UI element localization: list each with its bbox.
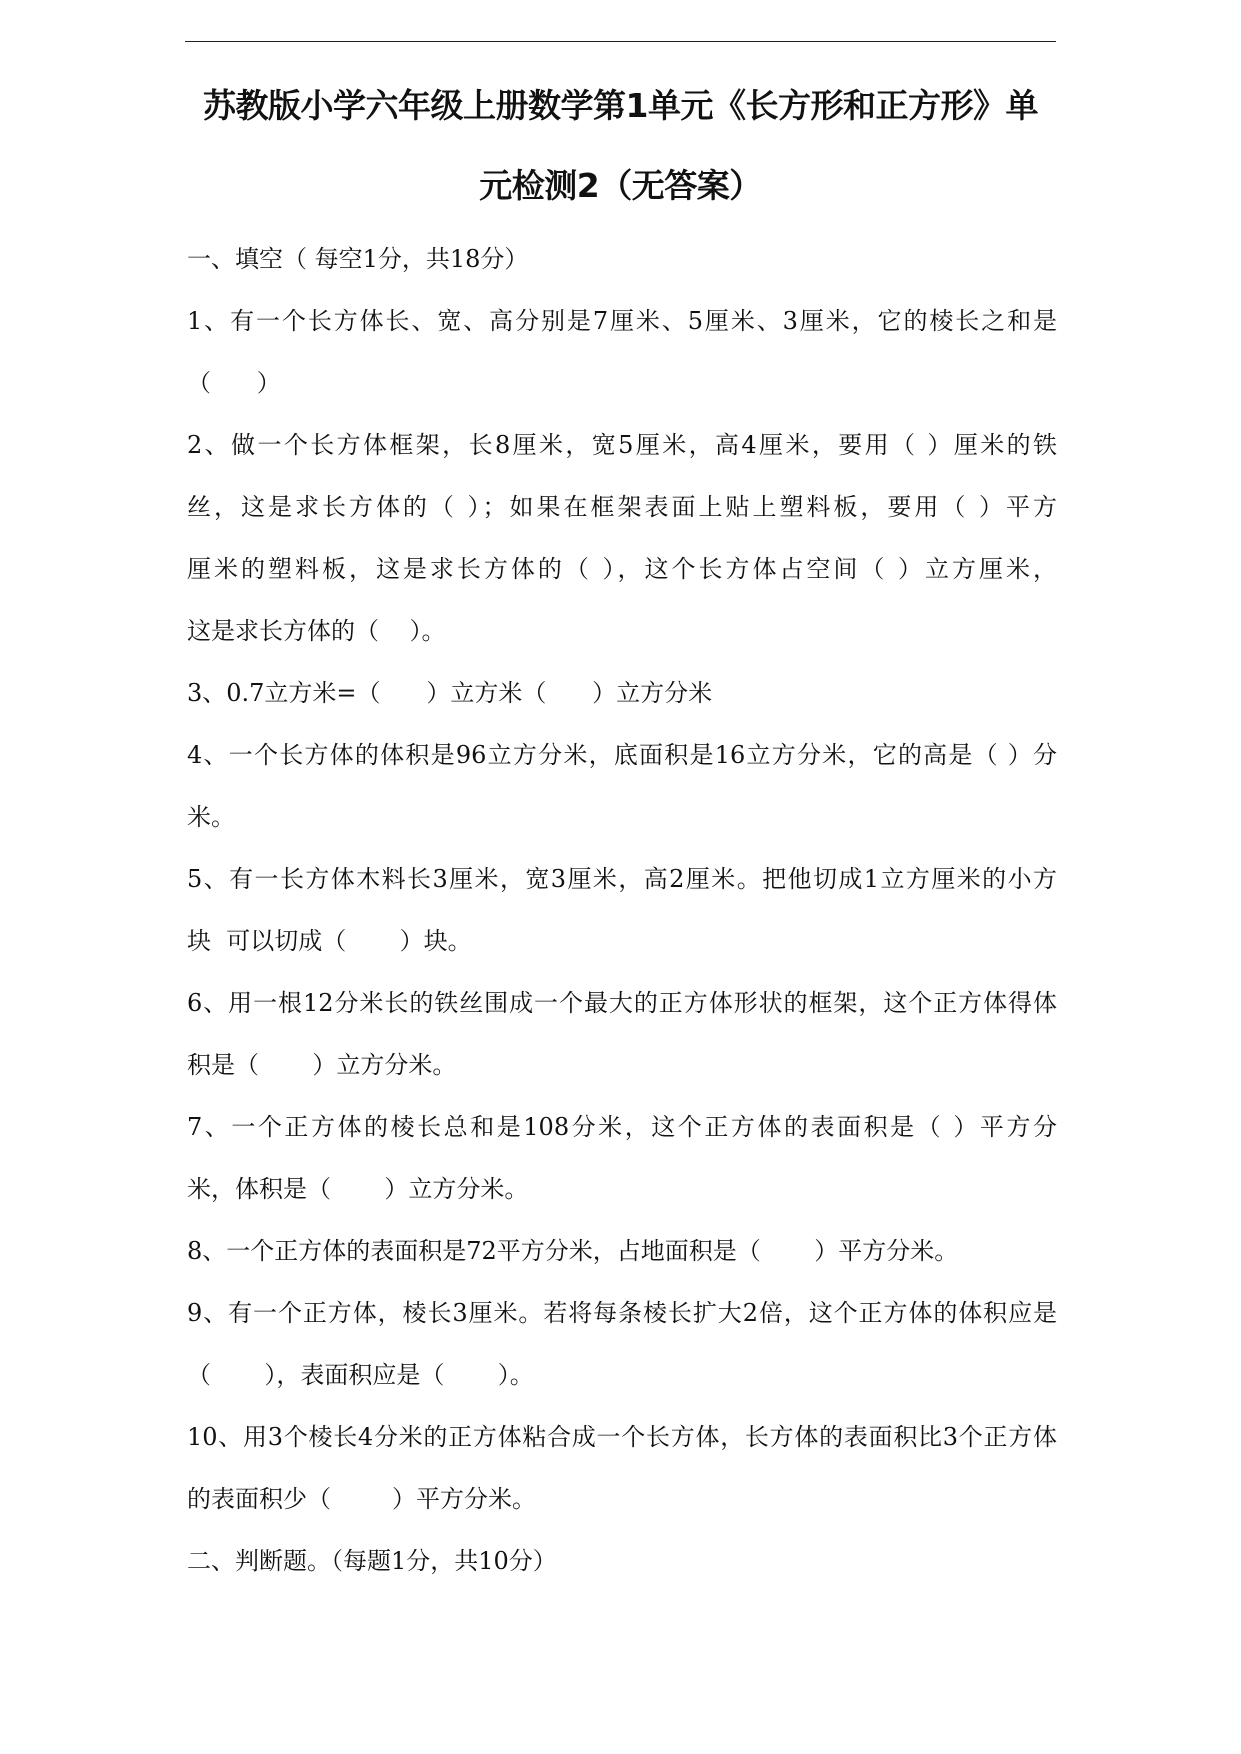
question-text: 厘米的塑料板，这是求长方体的（ ），这个长方体占空间（ ）立方厘米，	[187, 554, 1057, 584]
header-rule	[185, 41, 1056, 42]
question-text: 5、有一长方体木料长3厘米，宽3厘米，高2厘米。把他切成1立方厘米的小方	[187, 864, 1057, 894]
question-text: 积是（ ）立方分米。	[187, 1050, 1057, 1080]
question-text: 块 可以切成（ ）块。	[187, 926, 1057, 956]
question-text: 米，体积是（ ）立方分米。	[187, 1174, 1057, 1204]
question-text: 8、一个正方体的表面积是72平方分米，占地面积是（ ）平方分米。	[187, 1236, 1057, 1266]
question-text: 米。	[187, 802, 1057, 832]
question-text: 的表面积少（ ）平方分米。	[187, 1484, 1057, 1514]
question-text: 4、一个长方体的体积是96立方分米，底面积是16立方分米，它的高是（ ）分	[187, 740, 1057, 770]
question-text: 1、有一个长方体长、宽、高分别是7厘米、5厘米、3厘米，它的棱长之和是	[187, 306, 1057, 336]
question-text: 3、0.7立方米=（ ）立方米（ ）立方分米	[187, 678, 1057, 708]
question-text: 丝，这是求长方体的（ ）；如果在框架表面上贴上塑料板，要用（ ）平方	[187, 492, 1057, 522]
question-text: 2、做一个长方体框架，长8厘米，宽5厘米，高4厘米，要用（ ）厘米的铁	[187, 430, 1057, 460]
section-heading-fill-in: 一、填空（ 每空1分，共18分）	[187, 244, 1057, 274]
section-heading-true-false: 二、判断题。（每题1分，共10分）	[187, 1546, 1057, 1576]
question-text: （ ），表面积应是（ ）。	[187, 1360, 1057, 1390]
document-title-line-1: 苏教版小学六年级上册数学第1单元《长方形和正方形》单	[185, 80, 1056, 127]
question-text: 这是求长方体的（ ）。	[187, 616, 1057, 646]
question-text: 10、用3个棱长4分米的正方体粘合成一个长方体，长方体的表面积比3个正方体	[187, 1422, 1057, 1452]
question-text: 9、有一个正方体，棱长3厘米。若将每条棱长扩大2倍，这个正方体的体积应是	[187, 1298, 1057, 1328]
answer-blank-line: （ ）	[187, 368, 1057, 398]
document-title-line-2: 元检测2（无答案）	[185, 160, 1056, 207]
question-text: 7、一个正方体的棱长总和是108分米，这个正方体的表面积是（ ）平方分	[187, 1112, 1057, 1142]
question-text: 6、用一根12分米长的铁丝围成一个最大的正方体形状的框架，这个正方体得体	[187, 988, 1057, 1018]
